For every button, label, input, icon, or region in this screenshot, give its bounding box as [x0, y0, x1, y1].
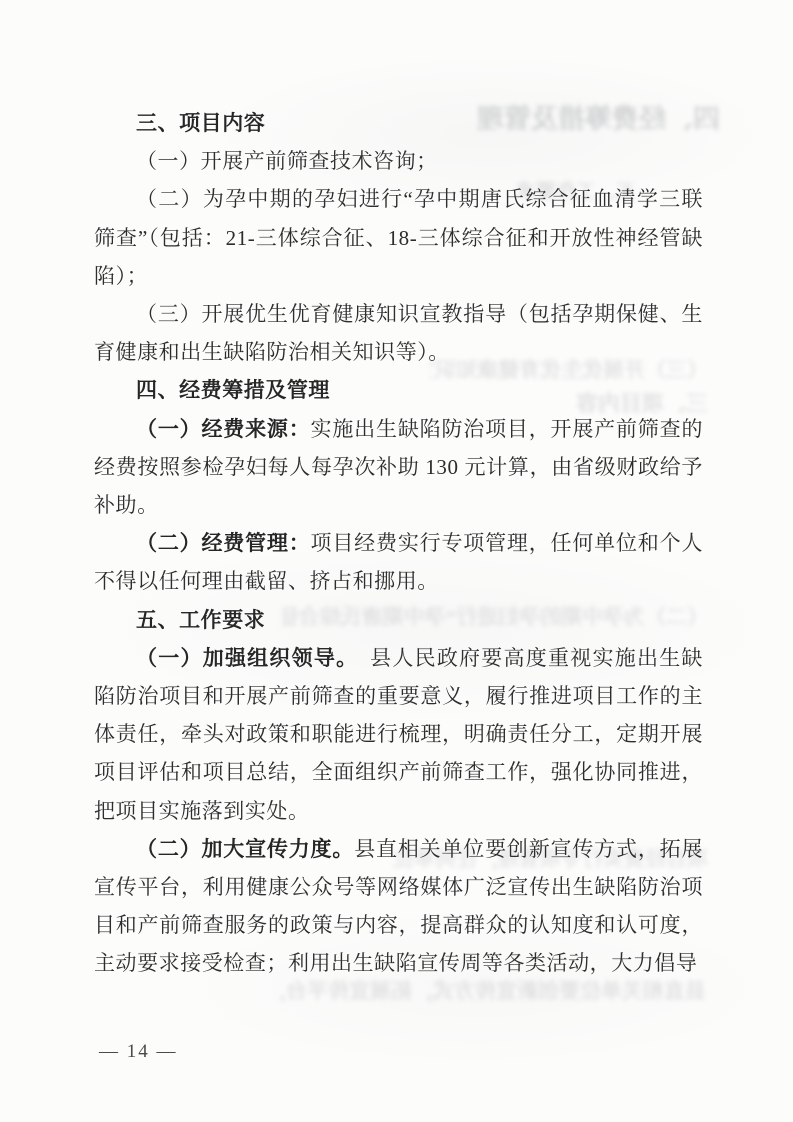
- paragraph-increase-publicity: （二）加大宣传力度。县直相关单位要创新宣传方式，拓展宣传平台，利用健康公众号等网…: [94, 830, 703, 983]
- section-heading-work-requirements: 五、工作要求: [94, 601, 703, 639]
- paragraph-lead: （一）加强组织领导。: [136, 646, 348, 670]
- paragraph-text: （三）开展优生优育健康知识宣教指导（包括孕期保健、生育健康和出生缺陷防治相关知识…: [94, 302, 703, 364]
- paragraph-funding-source: （一）经费来源：实施出生缺陷防治项目，开展产前筛查的经费按照参检孕妇每人每孕次补…: [94, 410, 703, 525]
- paragraph-strengthen-leadership: （一）加强组织领导。 县人民政府要高度重视实施出生缺陷防治项目和开展产前筛查的重…: [94, 639, 703, 830]
- paragraph-item-1: （一）开展产前筛查技术咨询；: [94, 142, 703, 180]
- section-heading-project-content: 三、项目内容: [94, 104, 703, 142]
- paragraph-item-2: （二）为孕中期的孕妇进行“孕中期唐氏综合征血清学三联筛查”（包括：21-三体综合…: [94, 180, 703, 295]
- paragraph-item-3: （三）开展优生优育健康知识宣教指导（包括孕期保健、生育健康和出生缺陷防治相关知识…: [94, 295, 703, 371]
- scanned-document-page: 四、经费筹措及管理 五、工作要求 （三）开展优生优育健康知识宣教指导（包括孕期保…: [0, 0, 793, 1122]
- paragraph-text: 县人民政府要高度重视实施出生缺陷防治项目和开展产前筛查的重要意义，履行推进项目工…: [94, 646, 703, 823]
- paragraph-text: （二）为孕中期的孕妇进行“孕中期唐氏综合征血清学三联筛查”（包括：21-三体综合…: [94, 187, 703, 287]
- paragraph-lead: （一）经费来源：: [136, 417, 311, 441]
- paragraph-funding-management: （二）经费管理：项目经费实行专项管理，任何单位和个人不得以任何理由截留、挤占和挪…: [94, 524, 703, 600]
- page-number: — 14 —: [99, 1041, 178, 1063]
- paragraph-lead: （二）加大宣传力度。: [136, 837, 354, 861]
- paragraph-text: （一）开展产前筛查技术咨询；: [136, 149, 438, 173]
- section-heading-funding: 四、经费筹措及管理: [94, 371, 703, 409]
- paragraph-lead: （二）经费管理：: [136, 531, 311, 555]
- document-body: 三、项目内容 （一）开展产前筛查技术咨询； （二）为孕中期的孕妇进行“孕中期唐氏…: [94, 104, 703, 983]
